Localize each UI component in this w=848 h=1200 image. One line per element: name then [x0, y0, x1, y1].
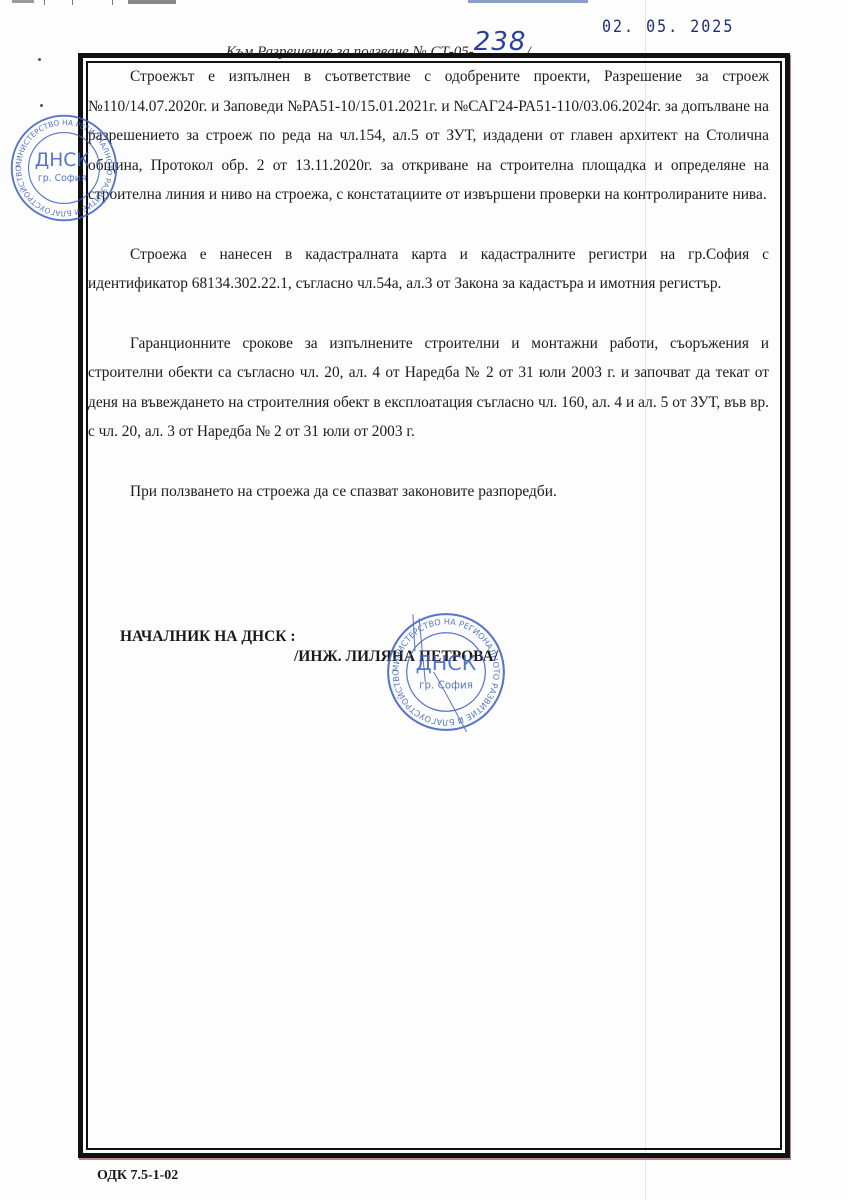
svg-text:гр. София: гр. София	[419, 680, 473, 692]
scan-artifact	[128, 0, 176, 4]
scan-artifact	[112, 0, 113, 5]
paragraph-cadastre: Строежа е нанесен в кадастралната карта …	[88, 240, 769, 299]
scan-speck	[38, 58, 41, 61]
svg-text:гр. София: гр. София	[38, 173, 87, 184]
signature-title: НАЧАЛНИК НА ДНСК :	[120, 628, 296, 646]
scan-speck	[40, 104, 43, 107]
dnsk-signature-stamp-icon: МИНИСТЕРСТВО НА РЕГИОНАЛНОТО РАЗВИТИЕ И …	[384, 610, 508, 734]
paragraph-compliance: Строежът е изпълнен в съответствие с одо…	[88, 62, 769, 210]
stamped-date: 02. 05. 2025	[602, 16, 734, 37]
scan-artifact	[468, 0, 588, 3]
dnsk-stamp-icon: МИНИСТЕРСТВО НА РЕГИОНАЛНОТО РАЗВИТИЕ И …	[8, 112, 120, 224]
scan-artifact	[12, 0, 34, 3]
document-body: Строежът е изпълнен в съответствие с одо…	[88, 62, 769, 506]
paragraph-usage: При ползването на строежа да се спазват …	[88, 477, 769, 507]
scan-artifact	[44, 0, 45, 5]
svg-text:ДНСК: ДНСК	[35, 150, 90, 171]
document-code: ОДК 7.5-1-02	[97, 1168, 178, 1184]
paragraph-warranty: Гаранционните срокове за изпълнените стр…	[88, 329, 769, 447]
scan-artifact	[72, 0, 73, 5]
